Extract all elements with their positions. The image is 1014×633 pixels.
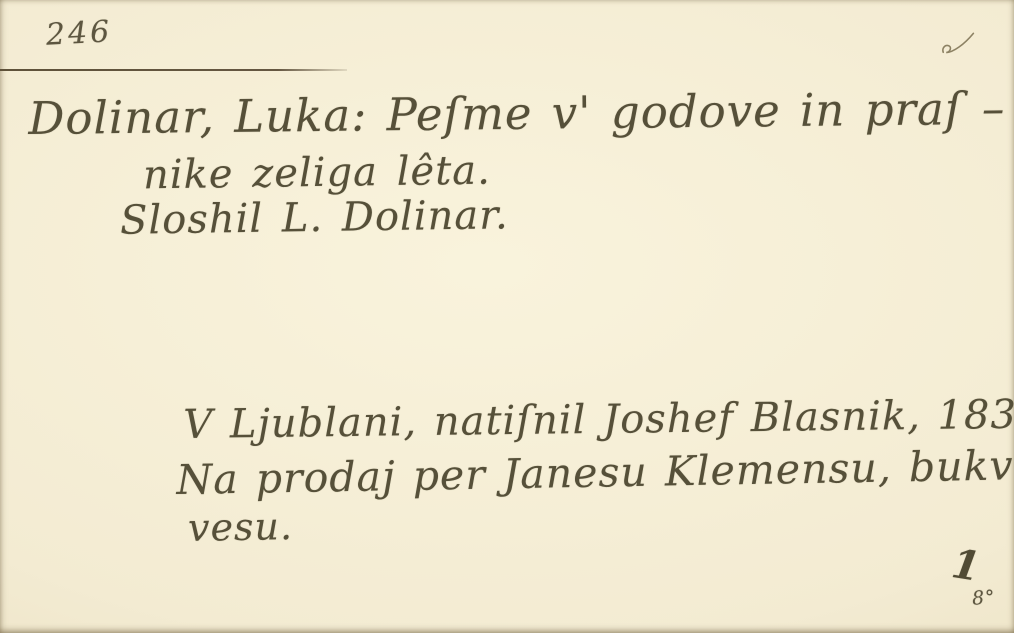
imprint-place-printer-year: V Ljublani, natiſnil Joshef Blasnik, 183… [183, 391, 1014, 448]
title-line-1: Dolinar, Luka: Peſme v' godove in praſ – [28, 82, 1006, 145]
volume-number: 1 [949, 540, 985, 591]
title-line-2: nike zeliga lêta. [143, 148, 491, 199]
header-rule [0, 69, 347, 71]
check-icon [936, 24, 984, 68]
format-designation: 8° [971, 586, 996, 610]
imprint-seller-continuation: vesu. [188, 504, 294, 550]
catalog-card: 246 Dolinar, Luka: Peſme v' godove in pr… [0, 0, 1014, 633]
catalog-number: 246 [45, 14, 113, 52]
imprint-seller-line: Na prodaj per Janesu Klemensu, bukvo- [176, 441, 1014, 504]
title-author-statement: Sloshil L. Dolinar. [120, 192, 509, 243]
